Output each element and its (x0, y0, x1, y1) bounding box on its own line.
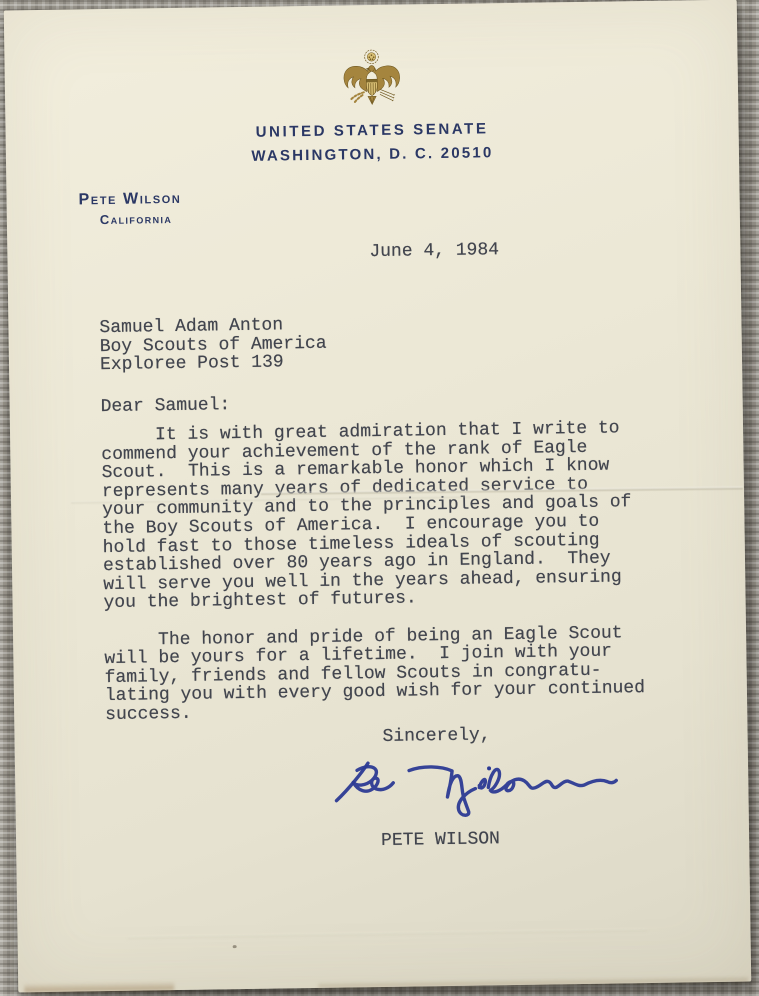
paper-crease (128, 929, 648, 939)
paper-edge-stain (24, 981, 174, 992)
sender-state: California (100, 211, 173, 227)
paper-speck (233, 945, 237, 948)
eagle-seal-graphic (337, 47, 406, 122)
sender-name: Pete Wilson (78, 190, 181, 210)
letterhead-address: WASHINGTON, D. C. 20510 (6, 141, 739, 169)
letter-paper: UNITED STATES SENATE WASHINGTON, D. C. 2… (4, 0, 751, 992)
salutation: Dear Samuel: (101, 396, 231, 417)
signature-pete-wilson (301, 741, 632, 834)
recipient-block: Samuel Adam Anton Boy Scouts of America … (99, 316, 327, 375)
paper-edge-stain (318, 976, 748, 988)
scan-background: { "theme": { "navy": "#2b3865", "gold": … (0, 0, 759, 996)
typed-signature-name: PETE WILSON (381, 830, 500, 850)
senate-seal-icon (4, 42, 738, 127)
letter-date: June 4, 1984 (369, 241, 499, 262)
letter-body: It is with great admiration that I write… (101, 419, 645, 724)
